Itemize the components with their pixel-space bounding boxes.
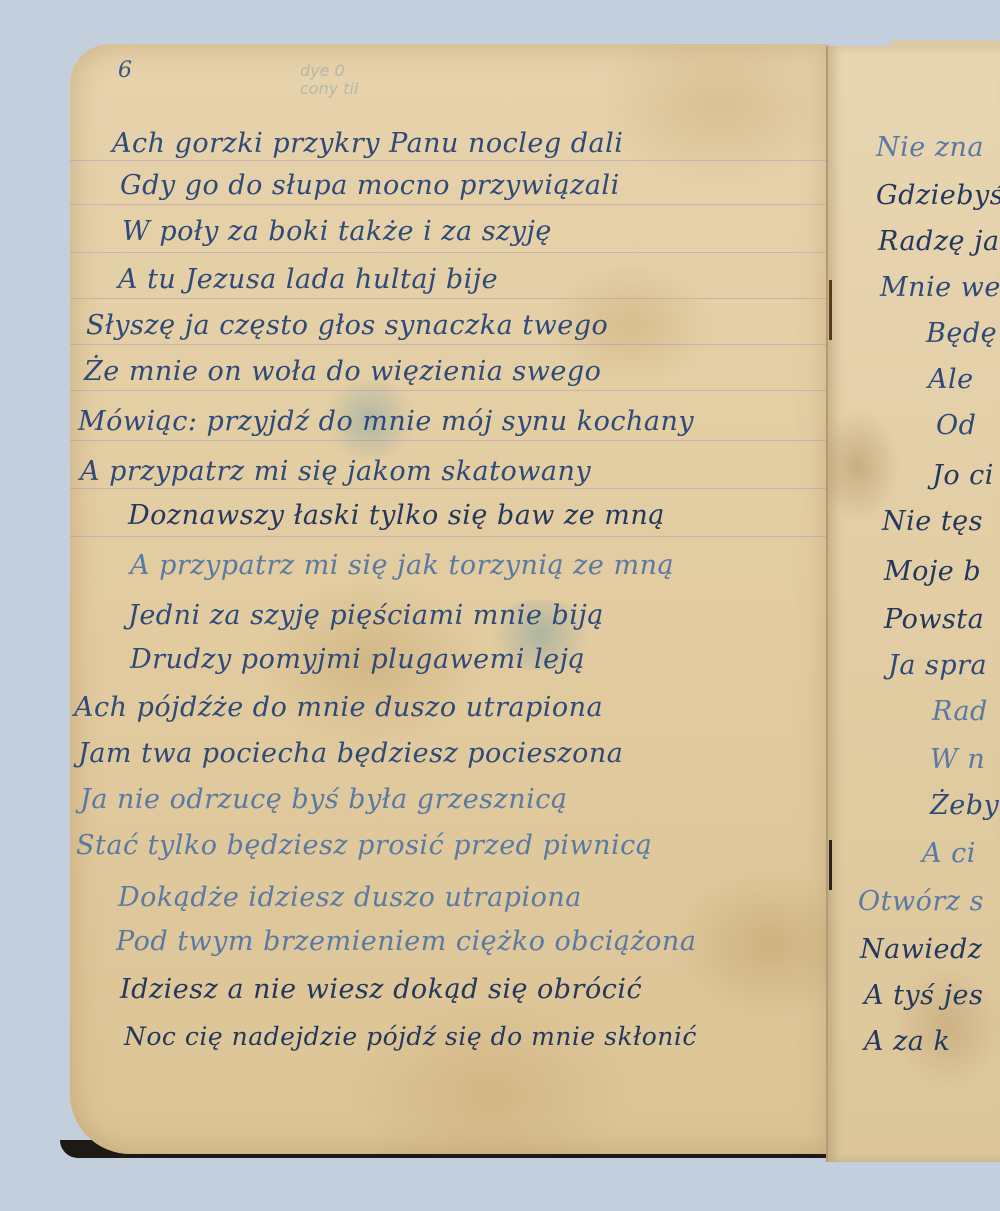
ruled-line xyxy=(70,252,830,253)
right-line-20: A za k xyxy=(864,1026,950,1057)
left-line-20: Noc cię nadejdzie pójdź się do mnie skło… xyxy=(124,1022,697,1051)
binding-staple-mark xyxy=(829,840,832,890)
ruled-line xyxy=(70,204,830,205)
right-line-10: Moje b xyxy=(884,556,981,587)
left-line-10: A przypatrz mi się jak torzynią ze mną xyxy=(130,550,674,581)
right-line-14: W n xyxy=(930,744,985,775)
left-line-8: A przypatrz mi się jakom skatowany xyxy=(80,456,591,487)
stamp-line: dye 0 xyxy=(300,62,358,80)
right-line-17: Otwórz s xyxy=(858,886,984,917)
left-line-4: A tu Jezusa lada hultaj bije xyxy=(118,264,498,295)
left-line-6: Że mnie on woła do więzienia swego xyxy=(84,356,601,387)
ruled-line xyxy=(70,344,830,345)
right-line-13: Rad xyxy=(932,696,988,727)
left-line-17: Dokądże idziesz duszo utrapiona xyxy=(118,882,582,913)
ruled-line xyxy=(70,488,830,489)
left-line-12: Drudzy pomyjmi plugawemi leją xyxy=(130,644,585,675)
left-line-3: W poły za boki także i za szyję xyxy=(122,216,552,247)
right-line-11: Powsta xyxy=(884,604,984,635)
right-line-8: Jo ci xyxy=(932,460,994,491)
right-line-9: Nie tęs xyxy=(882,506,983,537)
left-line-1: Ach gorzki przykry Panu nocleg dali xyxy=(112,128,623,159)
ruled-line xyxy=(70,536,830,537)
right-line-1: Nie zna xyxy=(876,132,984,163)
left-line-13: Ach pójdźże do mnie duszo utrapiona xyxy=(74,692,603,723)
right-line-6: Ale xyxy=(928,364,974,395)
ruled-line xyxy=(70,390,830,391)
right-line-15: Żeby xyxy=(930,790,999,821)
left-line-14: Jam twa pociecha będziesz pocieszona xyxy=(78,738,623,769)
ruled-line xyxy=(70,440,830,441)
right-line-2: Gdziebyś xyxy=(876,180,1000,211)
right-line-5: Będę xyxy=(926,318,997,349)
left-line-18: Pod twym brzemieniem ciężko obciążona xyxy=(116,926,696,957)
binding-staple-mark xyxy=(829,280,832,340)
left-line-5: Słyszę ja często głos synaczka twego xyxy=(86,310,608,341)
left-line-7: Mówiąc: przyjdź do mnie mój synu kochany xyxy=(78,406,694,437)
left-line-15: Ja nie odrzucę byś była grzesznicą xyxy=(80,784,568,815)
right-line-12: Ja spra xyxy=(888,650,987,681)
left-line-9: Doznawszy łaski tylko się baw ze mną xyxy=(128,500,665,531)
right-line-19: A tyś jes xyxy=(864,980,983,1011)
right-line-4: Mnie we xyxy=(880,272,1000,303)
right-line-18: Nawiedz xyxy=(860,934,982,965)
left-line-11: Jedni za szyję pięściami mnie biją xyxy=(128,600,604,631)
right-line-7: Od xyxy=(936,410,976,441)
left-line-2: Gdy go do słupa mocno przywiązali xyxy=(120,170,620,201)
ruled-line xyxy=(70,298,830,299)
faint-stamp: dye 0 cony til xyxy=(300,62,358,98)
stamp-line: cony til xyxy=(300,80,358,98)
left-line-19: Idziesz a nie wiesz dokąd się obrócić xyxy=(120,974,642,1005)
ruled-line xyxy=(70,160,830,161)
right-line-3: Radzę ja xyxy=(878,226,1000,257)
left-line-16: Stać tylko będziesz prosić przed piwnicą xyxy=(76,830,652,861)
page-number: 6 xyxy=(118,58,132,83)
right-line-16: A ci xyxy=(922,838,976,869)
